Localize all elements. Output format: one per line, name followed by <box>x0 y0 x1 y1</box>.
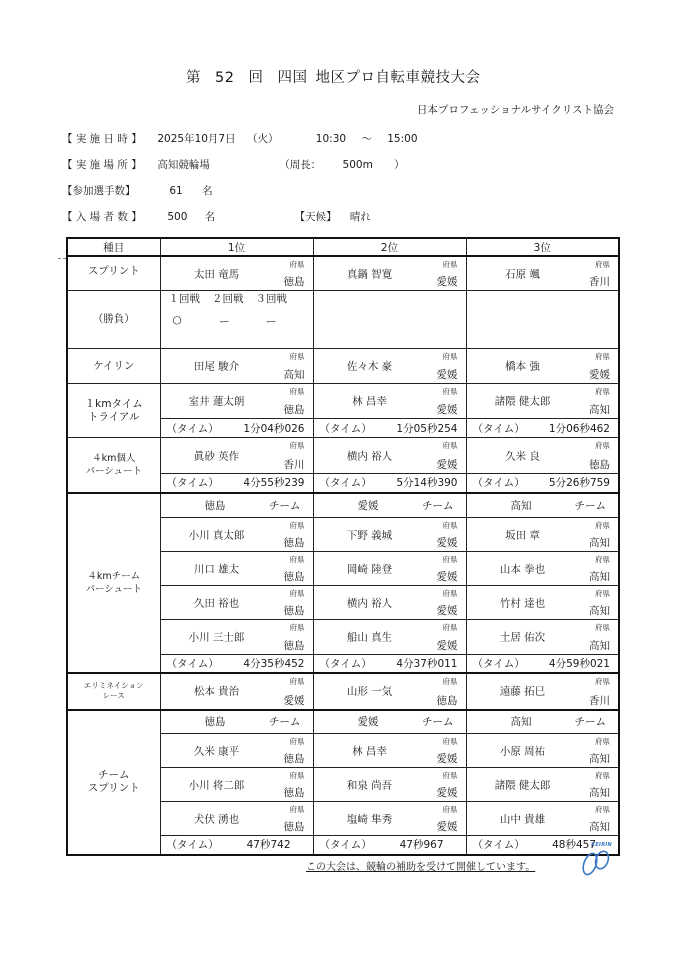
bout-label: ３回戦 <box>256 293 288 305</box>
weather-value: 晴れ <box>350 211 371 223</box>
pref-label: 府県 <box>443 520 458 531</box>
team-cell: 徳島チーム <box>160 493 313 518</box>
rider-name: 川口 雄太 <box>161 561 273 576</box>
pref-label: 府県 <box>595 440 610 451</box>
rider-pref: 徳島 <box>284 603 305 618</box>
title-part: 地区プロ自転車競技大会 <box>315 70 480 86</box>
time-value: 1分05秒254 <box>396 421 457 436</box>
event-line: チーム <box>68 769 160 782</box>
rider-name: 小川 三士郎 <box>161 630 273 645</box>
table-row: ケイリン 田尾 駿介府県高知 佐々木 豪府県愛媛 橋本 強府県愛媛 <box>67 349 619 384</box>
event-line: スプリント <box>68 782 160 795</box>
time-label: （タイム） <box>320 475 372 490</box>
riders-label: 【参加選手数】 <box>62 183 154 198</box>
rider-pref: 徳島 <box>284 751 305 766</box>
attendance-label: 【 入 場 者 数 】 <box>62 209 154 224</box>
rider-name: 小川 将二郎 <box>161 777 273 792</box>
pref-label: 府県 <box>443 736 458 747</box>
title-part: 回 <box>248 70 263 86</box>
bout-label: ２回戦 <box>212 293 244 305</box>
pref-label: 府県 <box>443 440 458 451</box>
table-row: （勝負） １回戦２回戦３回戦 ○ーー <box>67 291 619 349</box>
place-cell: 松本 貴治府県愛媛 <box>160 673 313 710</box>
empty-cell <box>313 291 466 349</box>
bout-result: ー <box>219 314 266 329</box>
pref-label: 府県 <box>443 622 458 633</box>
rider-name: 石原 颯 <box>467 266 579 281</box>
place-cell: 太田 竜馬府県徳島 <box>160 256 313 291</box>
results-table: 種目 1位 2位 3位 スプリント 太田 竜馬府県徳島 真鍋 智寛府県愛媛 石原… <box>66 237 620 856</box>
pref-label: 府県 <box>290 804 305 815</box>
attendance-unit: 名 <box>205 211 216 223</box>
place-cell: 小川 真太郎府県徳島 <box>160 518 313 552</box>
time-value: 4分35秒452 <box>243 656 304 671</box>
event-keirin: ケイリン <box>67 349 160 384</box>
rider-name: 塩崎 隼秀 <box>314 811 426 826</box>
pref-label: 府県 <box>290 386 305 397</box>
pref-label: 府県 <box>443 554 458 565</box>
rider-name: 竹村 達也 <box>467 595 579 610</box>
event-line: レース <box>68 691 160 701</box>
team-cell: 高知チーム <box>466 710 619 734</box>
rider-pref: 高知 <box>589 751 610 766</box>
pref-label: 府県 <box>290 676 305 687</box>
place-cell: 久米 良府県徳島 <box>466 438 619 474</box>
rider-name: 土居 佑次 <box>467 630 579 645</box>
rider-pref: 徳島 <box>437 693 458 708</box>
rider-name: 真鍋 智寛 <box>314 266 426 281</box>
team-name: 愛媛 <box>358 714 379 729</box>
header-event: 種目 <box>67 238 160 256</box>
time-cell: （タイム）1分05秒254 <box>313 419 466 438</box>
rider-pref: 高知 <box>589 785 610 800</box>
event-line: ４kmチーム <box>68 570 160 583</box>
event-line: パーシュート <box>68 465 160 478</box>
rider-name: 眞砂 英作 <box>161 448 273 463</box>
info-venue: 【 実 施 場 所 】 高知競輪場 （周長： 500m ） <box>62 157 405 172</box>
header-first: 1位 <box>160 238 313 256</box>
rider-name: 犬伏 湧也 <box>161 811 273 826</box>
rider-name: 横内 裕人 <box>314 448 426 463</box>
team-label: チーム <box>575 714 607 729</box>
place-cell: 下野 義城府県愛媛 <box>313 518 466 552</box>
rider-name: 田尾 駿介 <box>161 359 273 374</box>
rider-name: 佐々木 豪 <box>314 359 426 374</box>
title-part: 第 <box>186 70 201 86</box>
place-cell: 久田 裕也府県徳島 <box>160 586 313 620</box>
pref-label: 府県 <box>290 622 305 633</box>
riders-unit: 名 <box>202 185 213 197</box>
table-row: エリミネイション レース 松本 貴治府県愛媛 山形 一気府県徳島 遠藤 拓巳府県… <box>67 673 619 710</box>
pref-label: 府県 <box>595 520 610 531</box>
team-cell: 徳島チーム <box>160 710 313 734</box>
lap-close: ） <box>394 159 405 171</box>
time-start: 10:30 <box>316 133 346 145</box>
table-row: ４km個人 パーシュート 眞砂 英作府県香川 横内 裕人府県愛媛 久米 良府県徳… <box>67 438 619 474</box>
rider-name: 松本 貴治 <box>161 684 273 699</box>
rider-name: 山中 貴雄 <box>467 811 579 826</box>
rider-pref: 高知 <box>589 569 610 584</box>
time-cell: （タイム）47秒742 <box>160 836 313 855</box>
team-name: 徳島 <box>205 498 226 513</box>
time-cell: （タイム）5分14秒390 <box>313 474 466 493</box>
time-cell: （タイム）1分06秒462 <box>466 419 619 438</box>
time-label: （タイム） <box>473 475 525 490</box>
pref-label: 府県 <box>595 804 610 815</box>
page-title: 第52回四国地区プロ自転車競技大会 <box>186 66 494 87</box>
place-cell: 小川 三士郎府県徳島 <box>160 620 313 655</box>
keirin-rings-icon <box>578 848 614 878</box>
rider-name: 久米 康平 <box>161 743 273 758</box>
time-label: （タイム） <box>473 656 525 671</box>
pref-label: 府県 <box>443 588 458 599</box>
date-value: 2025年10月7日 <box>157 133 235 145</box>
place-cell: 真鍋 智寛府県愛媛 <box>313 256 466 291</box>
team-name: 高知 <box>511 498 532 513</box>
event-line: ４km個人 <box>68 452 160 465</box>
table-row: スプリント 太田 竜馬府県徳島 真鍋 智寛府県愛媛 石原 颯府県香川 <box>67 256 619 291</box>
time-label: （タイム） <box>473 421 525 436</box>
rider-pref: 高知 <box>589 638 610 653</box>
pref-label: 府県 <box>290 351 305 362</box>
place-cell: 和泉 尚吾府県愛媛 <box>313 768 466 802</box>
rider-name: 林 昌幸 <box>314 743 426 758</box>
time-end: 15:00 <box>387 133 417 145</box>
event-line: トライアル <box>68 411 160 424</box>
table-row: １kmタイム トライアル 室井 蓮太朗府県徳島 林 昌幸府県愛媛 諸隈 健太郎府… <box>67 384 619 419</box>
rider-name: 小原 周祐 <box>467 743 579 758</box>
table-row: ４kmチーム パーシュート 徳島チーム 愛媛チーム 高知チーム <box>67 493 619 518</box>
time-label: （タイム） <box>320 421 372 436</box>
rider-name: 遠藤 拓巳 <box>467 684 579 699</box>
bout-result: ○ <box>173 314 220 329</box>
place-cell: 山本 拳也府県高知 <box>466 552 619 586</box>
info-attendance: 【 入 場 者 数 】 500 名 【天候】 晴れ <box>62 209 371 224</box>
rider-pref: 徳島 <box>589 457 610 472</box>
info-riders: 【参加選手数】 61 名 <box>62 183 213 198</box>
time-cell: （タイム）1分04秒026 <box>160 419 313 438</box>
event-time-trial: １kmタイム トライアル <box>67 384 160 438</box>
lap-label: （周長： <box>279 159 321 171</box>
pref-label: 府県 <box>443 804 458 815</box>
rider-pref: 愛媛 <box>437 402 458 417</box>
weather-label: 【天候】 <box>295 211 337 223</box>
time-value: 4分59秒021 <box>549 656 610 671</box>
team-name: 高知 <box>511 714 532 729</box>
table-row: チーム スプリント 徳島チーム 愛媛チーム 高知チーム <box>67 710 619 734</box>
rider-name: 橋本 強 <box>467 359 579 374</box>
place-cell: 久米 康平府県徳島 <box>160 734 313 768</box>
pref-label: 府県 <box>595 351 610 362</box>
bout-result: ー <box>266 314 313 329</box>
pref-label: 府県 <box>290 520 305 531</box>
rider-pref: 徳島 <box>284 402 305 417</box>
place-cell: 林 昌幸府県愛媛 <box>313 734 466 768</box>
time-cell: （タイム）47秒967 <box>313 836 466 855</box>
rider-pref: 愛媛 <box>437 274 458 289</box>
rider-pref: 高知 <box>589 402 610 417</box>
place-cell: 諸隈 健太郎府県高知 <box>466 384 619 419</box>
pref-label: 府県 <box>290 588 305 599</box>
pref-label: 府県 <box>290 770 305 781</box>
place-cell: 山形 一気府県徳島 <box>313 673 466 710</box>
place-cell: 田尾 駿介府県高知 <box>160 349 313 384</box>
pref-label: 府県 <box>443 351 458 362</box>
rider-name: 諸隈 健太郎 <box>467 394 579 409</box>
pref-label: 府県 <box>595 386 610 397</box>
bouts: １回戦２回戦３回戦 ○ーー <box>161 291 313 329</box>
time-label: （タイム） <box>167 656 219 671</box>
bouts-cell: １回戦２回戦３回戦 ○ーー <box>160 291 313 349</box>
event-line: エリミネイション <box>68 681 160 691</box>
place-cell: 岡崎 陸登府県愛媛 <box>313 552 466 586</box>
team-cell: 愛媛チーム <box>313 493 466 518</box>
place-cell: 犬伏 湧也府県徳島 <box>160 802 313 836</box>
place-cell: 諸隈 健太郎府県高知 <box>466 768 619 802</box>
time-label: （タイム） <box>167 837 219 852</box>
place-cell: 横内 裕人府県愛媛 <box>313 438 466 474</box>
time-label: （タイム） <box>167 421 219 436</box>
place-cell: 横内 裕人府県愛媛 <box>313 586 466 620</box>
header-third: 3位 <box>466 238 619 256</box>
rider-pref: 愛媛 <box>437 367 458 382</box>
time-value: 5分14秒390 <box>396 475 457 490</box>
pref-label: 府県 <box>595 676 610 687</box>
event-sprint-bouts: （勝負） <box>67 291 160 349</box>
rider-name: 船山 真生 <box>314 630 426 645</box>
pref-label: 府県 <box>595 622 610 633</box>
rider-pref: 高知 <box>589 819 610 834</box>
time-sep: ～ <box>361 133 372 145</box>
time-cell: （タイム）5分26秒759 <box>466 474 619 493</box>
rider-pref: 愛媛 <box>437 751 458 766</box>
margin-mark <box>58 258 66 259</box>
rider-pref: 愛媛 <box>589 367 610 382</box>
rider-pref: 徳島 <box>284 819 305 834</box>
rider-pref: 徳島 <box>284 535 305 550</box>
venue-value: 高知競輪場 <box>157 159 210 171</box>
rider-pref: 徳島 <box>284 638 305 653</box>
rider-pref: 高知 <box>589 535 610 550</box>
rider-pref: 徳島 <box>284 569 305 584</box>
rider-pref: 愛媛 <box>437 603 458 618</box>
pref-label: 府県 <box>595 259 610 270</box>
rider-pref: 愛媛 <box>437 785 458 800</box>
team-name: 愛媛 <box>358 498 379 513</box>
pref-label: 府県 <box>595 554 610 565</box>
time-cell: （タイム）4分37秒011 <box>313 655 466 673</box>
info-date: 【 実 施 日 時 】 2025年10月7日 （火） 10:30 ～ 15:00 <box>62 131 418 146</box>
rider-pref: 徳島 <box>284 274 305 289</box>
pref-label: 府県 <box>290 440 305 451</box>
attendance-value: 500 <box>167 211 187 223</box>
rider-name: 横内 裕人 <box>314 595 426 610</box>
time-value: 5分26秒759 <box>549 475 610 490</box>
place-cell: 小原 周祐府県高知 <box>466 734 619 768</box>
date-label: 【 実 施 日 時 】 <box>62 131 154 146</box>
place-cell: 船山 真生府県愛媛 <box>313 620 466 655</box>
rider-name: 久米 良 <box>467 448 579 463</box>
rider-pref: 愛媛 <box>284 693 305 708</box>
time-value: 4分55秒239 <box>243 475 304 490</box>
rider-pref: 香川 <box>589 693 610 708</box>
table-header: 種目 1位 2位 3位 <box>67 238 619 256</box>
place-cell: 室井 蓮太朗府県徳島 <box>160 384 313 419</box>
team-cell: 愛媛チーム <box>313 710 466 734</box>
place-cell: 遠藤 拓巳府県香川 <box>466 673 619 710</box>
footer-note: この大会は、競輪の補助を受けて開催しています。 <box>306 858 535 873</box>
rider-name: 太田 竜馬 <box>161 266 273 281</box>
pref-label: 府県 <box>290 554 305 565</box>
place-cell: 塩崎 隼秀府県愛媛 <box>313 802 466 836</box>
rider-pref: 愛媛 <box>437 638 458 653</box>
time-label: （タイム） <box>473 837 525 852</box>
rider-name: 山形 一気 <box>314 684 426 699</box>
rider-pref: 高知 <box>284 367 305 382</box>
rider-pref: 香川 <box>589 274 610 289</box>
place-cell: 佐々木 豪府県愛媛 <box>313 349 466 384</box>
rider-name: 小川 真太郎 <box>161 527 273 542</box>
rider-name: 林 昌幸 <box>314 394 426 409</box>
event-elimination: エリミネイション レース <box>67 673 160 710</box>
venue-label: 【 実 施 場 所 】 <box>62 157 154 172</box>
time-label: （タイム） <box>320 837 372 852</box>
pref-label: 府県 <box>290 736 305 747</box>
rider-name: 諸隈 健太郎 <box>467 777 579 792</box>
event-line: １kmタイム <box>68 398 160 411</box>
rider-name: 坂田 章 <box>467 527 579 542</box>
organizer: 日本プロフェッショナルサイクリスト協会 <box>417 102 614 117</box>
rider-pref: 愛媛 <box>437 819 458 834</box>
pref-label: 府県 <box>595 770 610 781</box>
pref-label: 府県 <box>443 770 458 781</box>
place-cell: 小川 将二郎府県徳島 <box>160 768 313 802</box>
pref-label: 府県 <box>290 259 305 270</box>
team-label: チーム <box>422 498 454 513</box>
rider-pref: 香川 <box>284 457 305 472</box>
header-second: 2位 <box>313 238 466 256</box>
rider-name: 久田 裕也 <box>161 595 273 610</box>
time-value: 4分37秒011 <box>396 656 457 671</box>
team-label: チーム <box>422 714 454 729</box>
team-label: チーム <box>575 498 607 513</box>
time-cell: （タイム）4分35秒452 <box>160 655 313 673</box>
rider-name: 下野 義城 <box>314 527 426 542</box>
pref-label: 府県 <box>595 588 610 599</box>
riders-value: 61 <box>169 185 182 197</box>
weekday: （火） <box>247 133 279 145</box>
time-label: （タイム） <box>320 656 372 671</box>
event-team-sprint: チーム スプリント <box>67 710 160 855</box>
title-part: 52 <box>215 70 234 86</box>
title-part: 四国 <box>277 70 307 86</box>
rider-pref: 愛媛 <box>437 569 458 584</box>
rider-pref: 高知 <box>589 603 610 618</box>
place-cell: 林 昌幸府県愛媛 <box>313 384 466 419</box>
place-cell: 眞砂 英作府県香川 <box>160 438 313 474</box>
keirin-logo-icon: KEIRIN <box>578 842 614 878</box>
place-cell: 橋本 強府県愛媛 <box>466 349 619 384</box>
pref-label: 府県 <box>443 386 458 397</box>
pref-label: 府県 <box>595 736 610 747</box>
lap-value: 500m <box>343 159 373 171</box>
rider-pref: 愛媛 <box>437 457 458 472</box>
place-cell: 竹村 達也府県高知 <box>466 586 619 620</box>
rider-name: 和泉 尚吾 <box>314 777 426 792</box>
time-value: 1分06秒462 <box>549 421 610 436</box>
time-value: 1分04秒026 <box>243 421 304 436</box>
bout-label: １回戦 <box>169 293 201 305</box>
team-label: チーム <box>269 714 301 729</box>
empty-cell <box>466 291 619 349</box>
rider-name: 室井 蓮太朗 <box>161 394 273 409</box>
rider-name: 山本 拳也 <box>467 561 579 576</box>
event-sprint: スプリント <box>67 256 160 291</box>
time-value: 47秒967 <box>400 837 444 852</box>
team-cell: 高知チーム <box>466 493 619 518</box>
place-cell: 土居 佑次府県高知 <box>466 620 619 655</box>
event-individual-pursuit: ４km個人 パーシュート <box>67 438 160 493</box>
place-cell: 石原 颯府県香川 <box>466 256 619 291</box>
team-label: チーム <box>269 498 301 513</box>
rider-pref: 愛媛 <box>437 535 458 550</box>
time-label: （タイム） <box>167 475 219 490</box>
event-line: パーシュート <box>68 583 160 596</box>
time-value: 47秒742 <box>247 837 291 852</box>
pref-label: 府県 <box>443 676 458 687</box>
rider-pref: 徳島 <box>284 785 305 800</box>
rider-name: 岡崎 陸登 <box>314 561 426 576</box>
place-cell: 川口 雄太府県徳島 <box>160 552 313 586</box>
place-cell: 坂田 章府県高知 <box>466 518 619 552</box>
team-name: 徳島 <box>205 714 226 729</box>
place-cell: 山中 貴雄府県高知 <box>466 802 619 836</box>
event-team-pursuit: ４kmチーム パーシュート <box>67 493 160 673</box>
time-cell: （タイム）4分55秒239 <box>160 474 313 493</box>
time-cell: （タイム）4分59秒021 <box>466 655 619 673</box>
pref-label: 府県 <box>443 259 458 270</box>
